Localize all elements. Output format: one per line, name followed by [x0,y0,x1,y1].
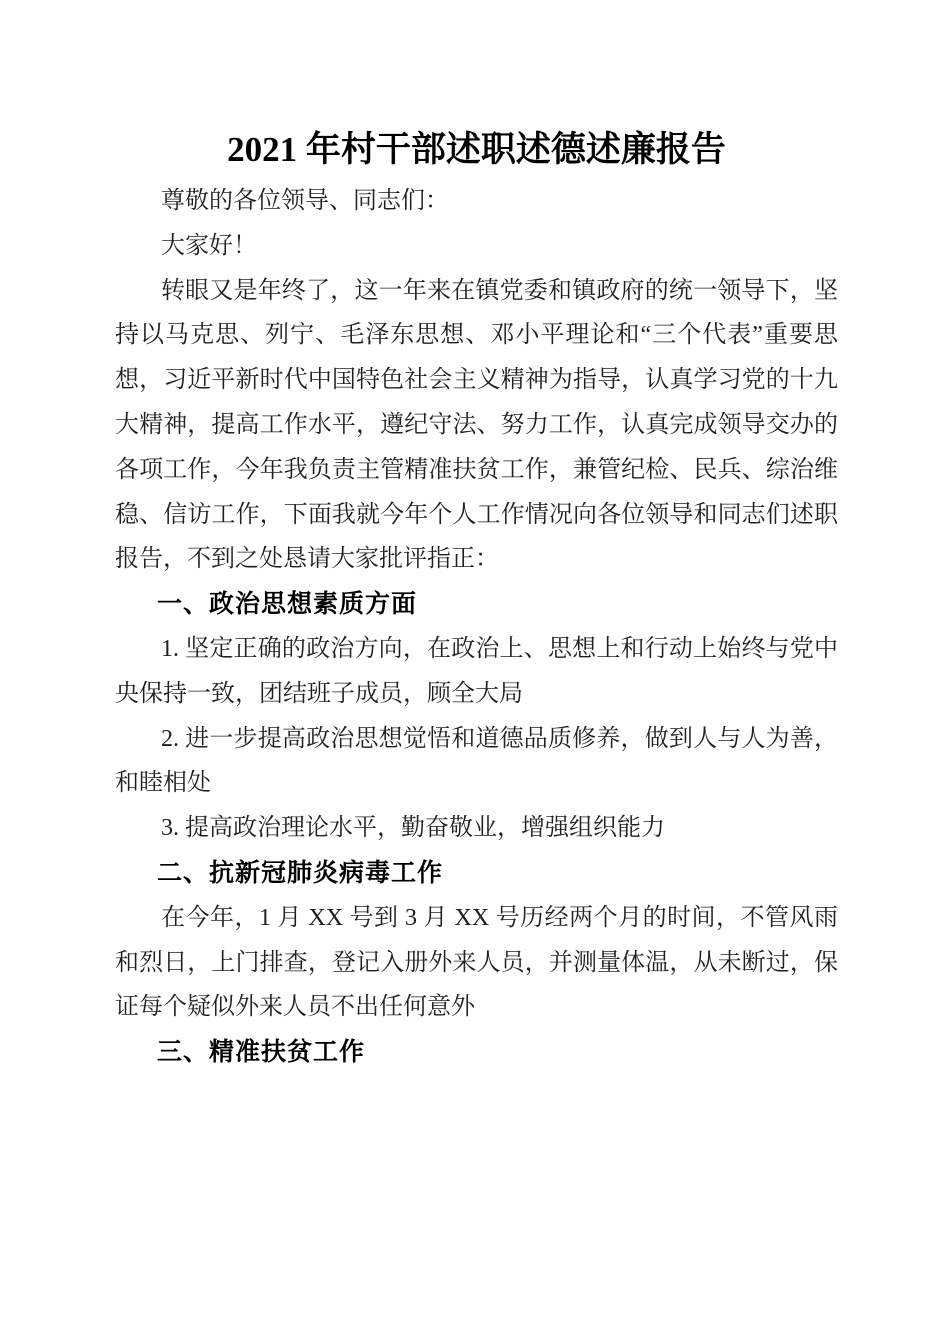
section-3-heading: 三、精准扶贫工作 [115,1030,838,1075]
section-2-paragraph: 在今年，1 月 XX 号到 3 月 XX 号历经两个月的时间，不管风雨和烈日，上… [115,896,838,1030]
greeting-paragraph: 大家好！ [115,224,838,269]
document-title: 2021 年村干部述职述德述廉报告 [115,121,838,179]
section-1-item-2: 2. 进一步提高政治思想觉悟和道德品质修养，做到人与人为善，和睦相处 [115,717,838,807]
section-1-heading: 一、政治思想素质方面 [115,582,838,627]
section-1-item-1: 1. 坚定正确的政治方向，在政治上、思想上和行动上始终与党中央保持一致，团结班子… [115,627,838,717]
section-2-heading: 二、抗新冠肺炎病毒工作 [115,851,838,896]
document-page: 2021 年村干部述职述德述廉报告 尊敬的各位领导、同志们： 大家好！ 转眼又是… [0,0,950,1344]
salutation: 尊敬的各位领导、同志们： [115,179,838,224]
section-1-item-3: 3. 提高政治理论水平，勤奋敬业，增强组织能力 [115,806,838,851]
intro-paragraph: 转眼又是年终了，这一年来在镇党委和镇政府的统一领导下，坚持以马克思、列宁、毛泽东… [115,269,838,583]
